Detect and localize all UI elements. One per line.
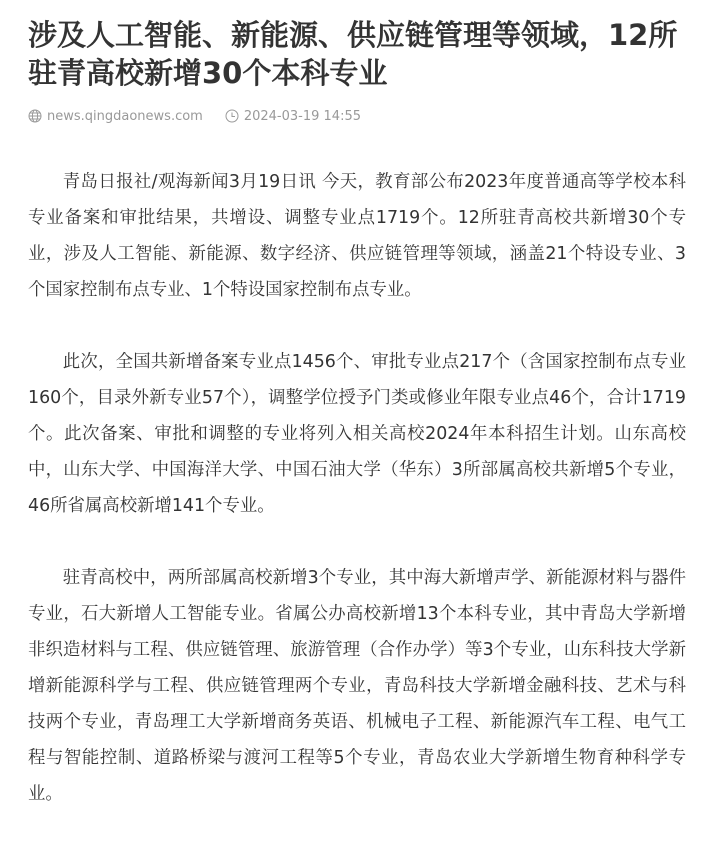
article: 涉及人工智能、新能源、供应链管理等领域，12所驻青高校新增30个本科专业 new… (0, 0, 726, 812)
clock-icon (225, 109, 239, 123)
paragraph: 驻青高校中，两所部属高校新增3个专业，其中海大新增声学、新能源材料与器件专业，石… (28, 560, 686, 812)
paragraph: 青岛日报社/观海新闻3月19日讯 今天，教育部公布2023年度普通高等学校本科专… (28, 164, 686, 308)
article-title: 涉及人工智能、新能源、供应链管理等领域，12所驻青高校新增30个本科专业 (28, 16, 686, 92)
publish-time: 2024-03-19 14:55 (244, 109, 361, 124)
article-meta: news.qingdaonews.com 2024-03-19 14:55 (28, 106, 686, 126)
source-link[interactable]: news.qingdaonews.com (47, 109, 203, 124)
time-meta: 2024-03-19 14:55 (225, 109, 361, 124)
source-meta: news.qingdaonews.com (28, 109, 203, 124)
globe-icon (28, 109, 42, 123)
article-body: 青岛日报社/观海新闻3月19日讯 今天，教育部公布2023年度普通高等学校本科专… (28, 164, 686, 812)
paragraph: 此次，全国共新增备案专业点1456个、审批专业点217个（含国家控制布点专业16… (28, 344, 686, 524)
